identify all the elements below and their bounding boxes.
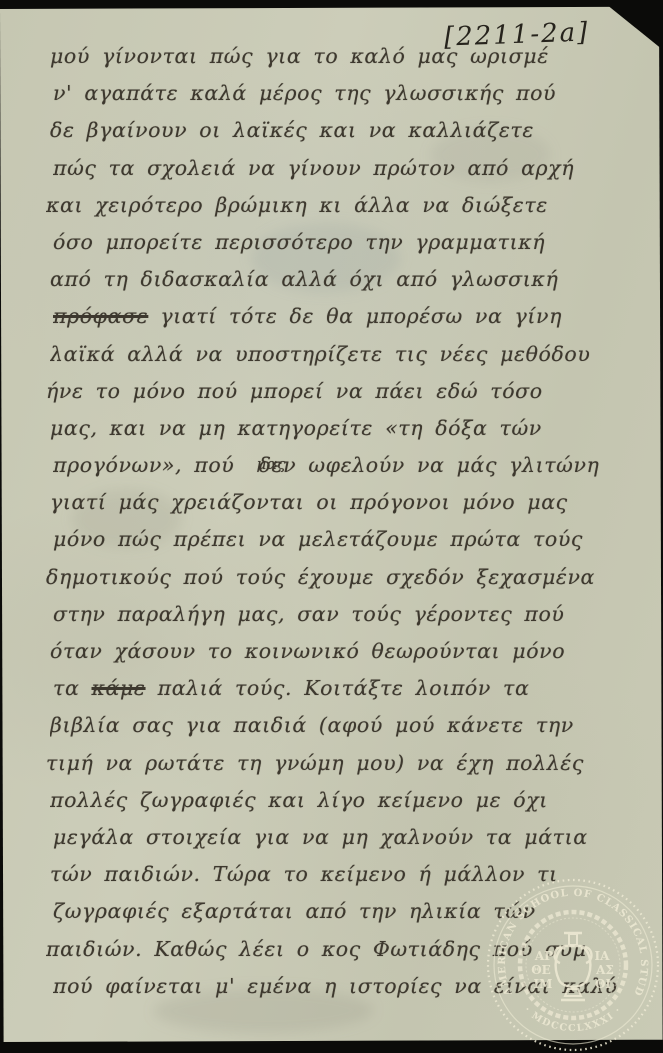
manuscript-line: παιδιών. Καθώς λέει ο κος Φωτιάδης πού σ… <box>46 931 635 968</box>
inserted-word-above-line: μας <box>256 456 285 472</box>
manuscript-line: πώς τα σχολειά να γίνουν πρώτον από αρχή <box>53 150 635 187</box>
manuscript-line: στην παραλήγη μας, σαν τούς γέροντες πού <box>53 596 635 633</box>
manuscript-line: βιβλία σας για παιδιά (αφού μού κάνετε τ… <box>50 707 635 744</box>
struck-word: κάμε <box>92 676 146 700</box>
manuscript-line: μεγάλα στοιχεία για να μη χαλνούν τα μάτ… <box>53 819 635 856</box>
line-correction: κάμεπιό <box>92 670 146 707</box>
manuscript-line: μας, και να μη κατηγορείτε «τη δόξα τών <box>50 410 635 447</box>
manuscript-line: από τη διδασκαλία αλλά όχι από γλωσσική <box>50 261 635 298</box>
manuscript-line: δε βγαίνουν οι λαϊκές και να καλλιάζετε <box>50 112 635 149</box>
manuscript-line: όταν χάσουν το κοινωνικό θεωρούνται μόνο <box>50 633 635 670</box>
manuscript-line: πολλές ζωγραφιές και λίγο κείμενο με όχι <box>50 782 635 819</box>
manuscript-line: ήνε το μόνο πού μπορεί να πάει εδώ τόσο <box>46 373 635 410</box>
manuscript-line: πρόφασεποτε γιατί τότε δε θα μπορέσω να … <box>53 298 635 335</box>
scanned-manuscript-photo: { "page": { "archive_label": "[2211-2a]"… <box>0 0 663 1053</box>
manuscript-line: ν' αγαπάτε καλά μέρος της γλωσσικής πού <box>53 75 635 112</box>
manuscript-line: μόνο πώς πρέπει να μελετάζουμε πρώτα τού… <box>53 521 635 558</box>
manuscript-line: λαϊκά αλλά να υποστηρίζετε τις νέες μεθό… <box>50 336 635 373</box>
manuscript-line: τα κάμεπιό παλιά τούς. Κοιτάξτε λοιπόν τ… <box>53 670 635 707</box>
manuscript-line: τιμή να ρωτάτε τη γνώμη μου) να έχη πολλ… <box>46 745 635 782</box>
manuscript-line: ζωγραφιές εξαρτάται από την ηλικία τών <box>53 893 635 930</box>
manuscript-line: και χειρότερο βρώμικη κι άλλα να διώξετε <box>46 187 635 224</box>
line-correction: πρόφασεποτε <box>53 298 148 335</box>
manuscript-line: τών παιδιών. Τώρα το κείμενο ή μάλλον τι <box>50 856 635 893</box>
manuscript-text: μού γίνονται πώς για το καλό μας ωρισμέν… <box>50 38 635 1005</box>
manuscript-line: προγόνων», πού μας δεν ωφελούν να μάς γλ… <box>53 447 635 484</box>
manuscript-line: όσο μπορείτε περισσότερο την γραμματική <box>53 224 635 261</box>
manuscript-line: μού γίνονται πώς για το καλό μας ωρισμέ <box>50 38 635 75</box>
manuscript-line: δημοτικούς πού τούς έχουμε σχεδόν ξεχασμ… <box>46 559 635 596</box>
manuscript-line: γιατί μάς χρειάζονται οι πρόγονοι μόνο μ… <box>50 484 635 521</box>
struck-word: πρόφασε <box>53 304 148 328</box>
manuscript-line: πού φαίνεται μ' εμένα η ιστορίες να είνα… <box>53 968 635 1005</box>
